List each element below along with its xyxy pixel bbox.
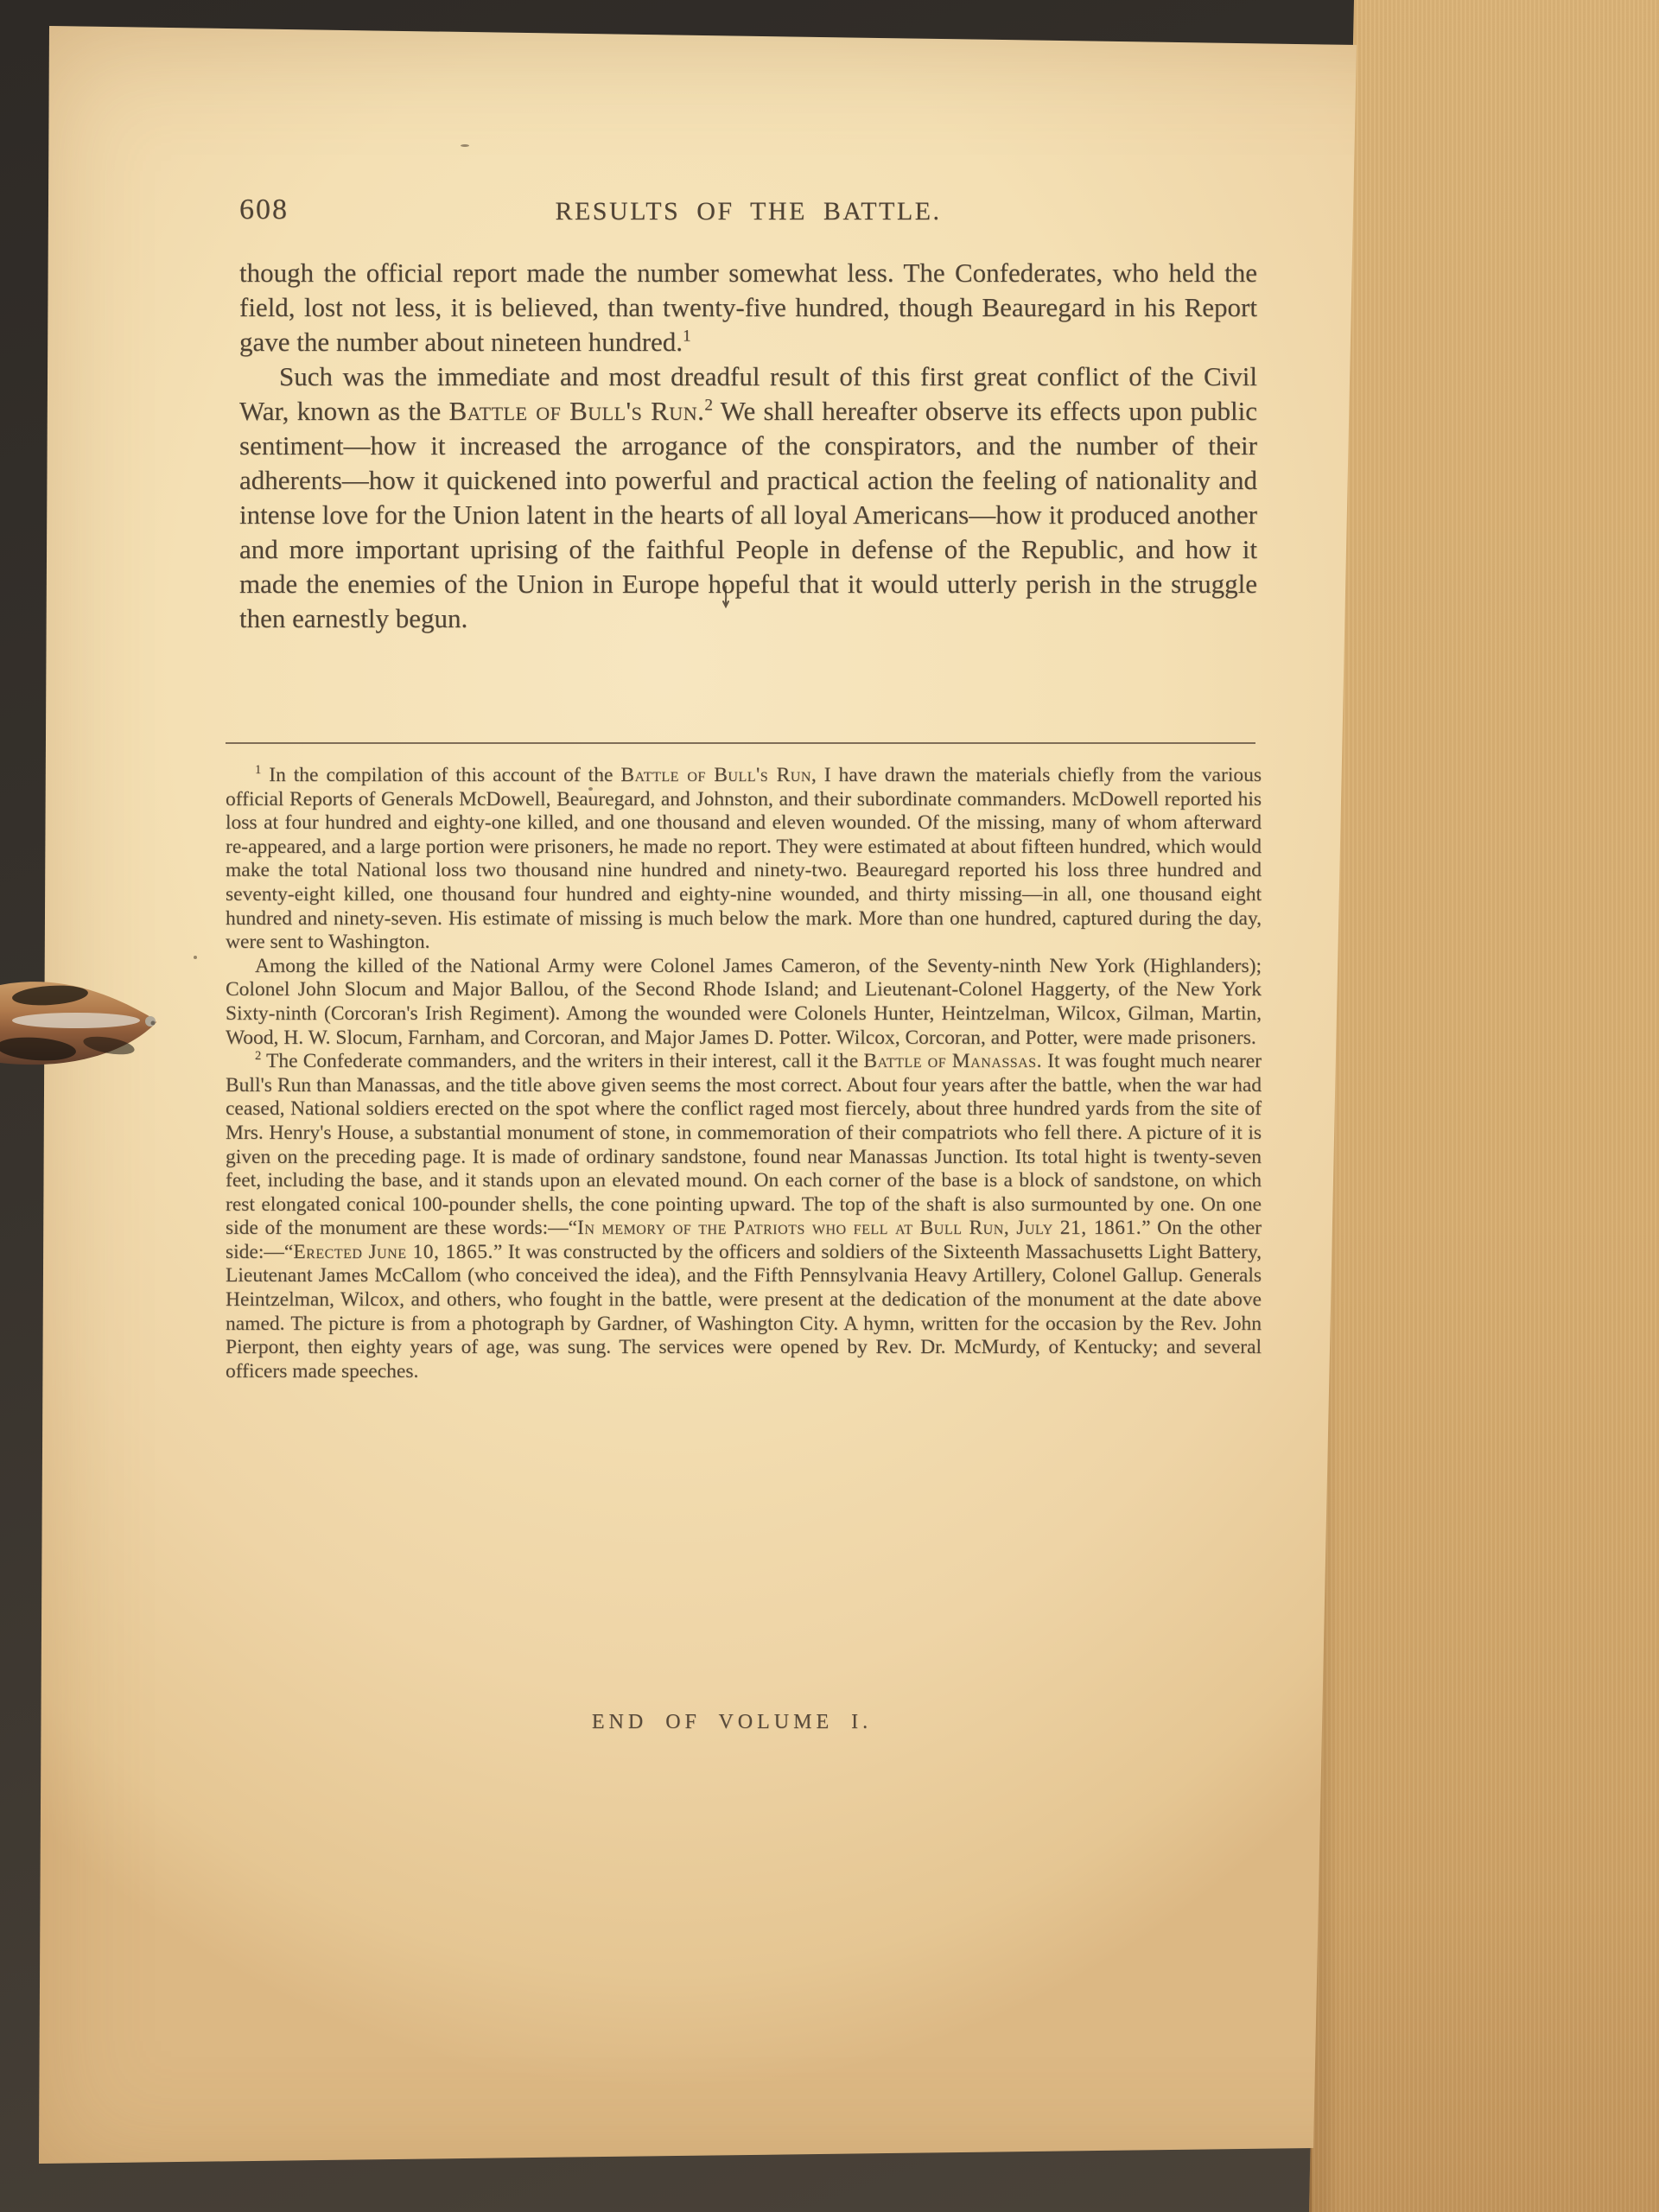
footnote-paragraph: Among the killed of the National Army we… xyxy=(226,955,1262,1050)
footnote-paragraph: 2 The Confederate commanders, and the wr… xyxy=(226,1050,1262,1383)
running-header: RESULTS OF THE BATTLE. xyxy=(239,197,1257,226)
pen-tip xyxy=(0,973,164,1075)
body-text: though the official report made the numb… xyxy=(239,256,1257,636)
paper-speck xyxy=(194,956,197,959)
footnote-separator xyxy=(226,742,1255,744)
paper-speck xyxy=(461,144,469,147)
paper-speck xyxy=(588,787,593,791)
body-paragraph: Such was the immediate and most dreadful… xyxy=(239,359,1257,636)
end-of-volume-note: END OF VOLUME I. xyxy=(239,1711,1224,1734)
body-paragraph: though the official report made the numb… xyxy=(239,256,1257,359)
footnotes: 1 In the compilation of this account of … xyxy=(226,764,1262,1383)
footnote-paragraph: 1 In the compilation of this account of … xyxy=(226,764,1262,955)
book-photo: { "page": { "page_number": "608", "runni… xyxy=(0,0,1659,2212)
page-text-layer: 608 RESULTS OF THE BATTLE. though the of… xyxy=(0,0,1659,2212)
ink-mark xyxy=(720,586,732,608)
